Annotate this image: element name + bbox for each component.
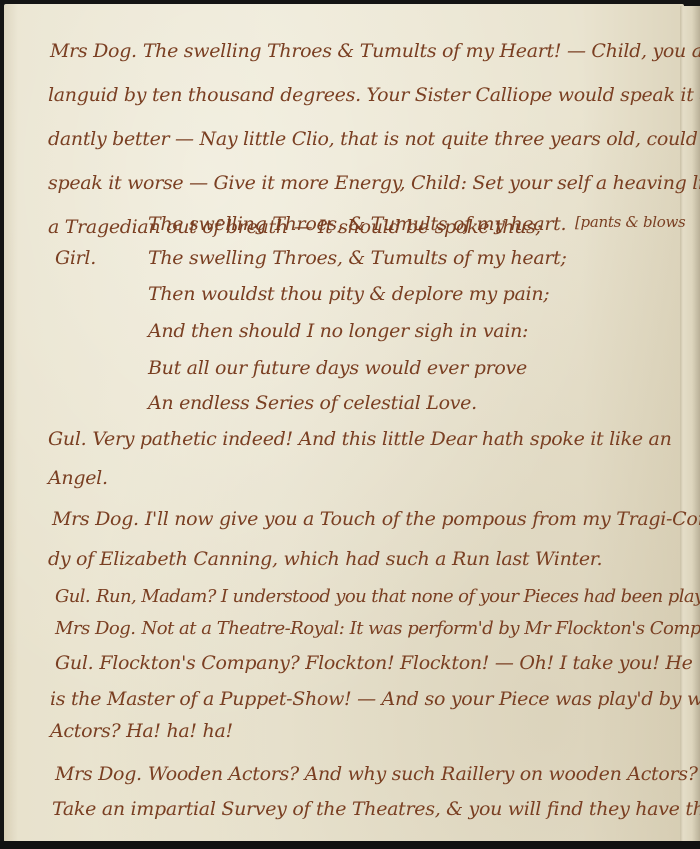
manuscript-line: Mrs Dog.The swelling Throes & Tumults of… — [50, 40, 700, 62]
stage-direction: [pants & blows — [575, 213, 685, 231]
line-text: Not at a Theatre-Royal: It was perform'd… — [142, 618, 700, 639]
manuscript-line: Gul.Run, Madam? I understood you that no… — [55, 586, 700, 607]
manuscript-line: is the Master of a Puppet-Show! — And so… — [50, 688, 700, 710]
verse-line: The swelling Throes, & Tumults of my hea… — [148, 247, 567, 269]
verse-line: Then wouldst thou pity & deplore my pain… — [148, 283, 549, 305]
manuscript-line: Actors? Ha! ha! ha! — [50, 720, 233, 742]
speaker-label: Gul. — [55, 586, 90, 607]
manuscript-line: Mrs Dog.I'll now give you a Touch of the… — [52, 508, 700, 530]
verse-demo-line: The swelling Throes, & Tumults of my hea… — [148, 213, 566, 235]
manuscript-line: Gul.Flockton's Company? Flockton! Flockt… — [55, 652, 693, 674]
manuscript-line: Mrs Dog.Not at a Theatre-Royal: It was p… — [55, 618, 700, 639]
speaker-label: Mrs Dog. — [50, 40, 137, 62]
speaker-label: Gul. — [55, 652, 93, 674]
verse-line: An endless Series of celestial Love. — [148, 392, 477, 414]
line-text: I'll now give you a Touch of the pompous… — [145, 508, 700, 530]
manuscript-line: dantly better — Nay little Clio, that is… — [48, 128, 700, 150]
manuscript-line: Take an impartial Survey of the Theatres… — [52, 798, 700, 820]
line-text: Very pathetic indeed! And this little De… — [92, 428, 671, 450]
verse-line: But all our future days would ever prove — [148, 357, 527, 379]
verse-line: And then should I no longer sigh in vain… — [148, 320, 528, 342]
manuscript-line: Angel. — [48, 467, 108, 489]
line-text: The swelling Throes & Tumults of my Hear… — [143, 40, 700, 62]
speaker-label: Mrs Dog. — [55, 618, 136, 639]
page-bottom-shadow — [0, 841, 700, 849]
line-text: Wooden Actors? And why such Raillery on … — [148, 763, 698, 785]
manuscript-line: Gul.Very pathetic indeed! And this littl… — [48, 428, 672, 450]
manuscript-line: languid by ten thousand degrees. Your Si… — [48, 84, 700, 106]
manuscript-line: speak it worse — Give it more Energy, Ch… — [48, 172, 700, 194]
speaker-label-girl: Girl. — [55, 247, 96, 269]
manuscript-line: Mrs Dog.Wooden Actors? And why such Rail… — [55, 763, 698, 785]
speaker-label: Gul. — [48, 428, 86, 450]
speaker-label: Mrs Dog. — [52, 508, 139, 530]
line-text: Flockton's Company? Flockton! Flockton! … — [99, 652, 692, 674]
speaker-label: Mrs Dog. — [55, 763, 142, 785]
line-text: Run, Madam? I understood you that none o… — [96, 586, 700, 607]
manuscript-line: dy of Elizabeth Canning, which had such … — [48, 548, 602, 570]
